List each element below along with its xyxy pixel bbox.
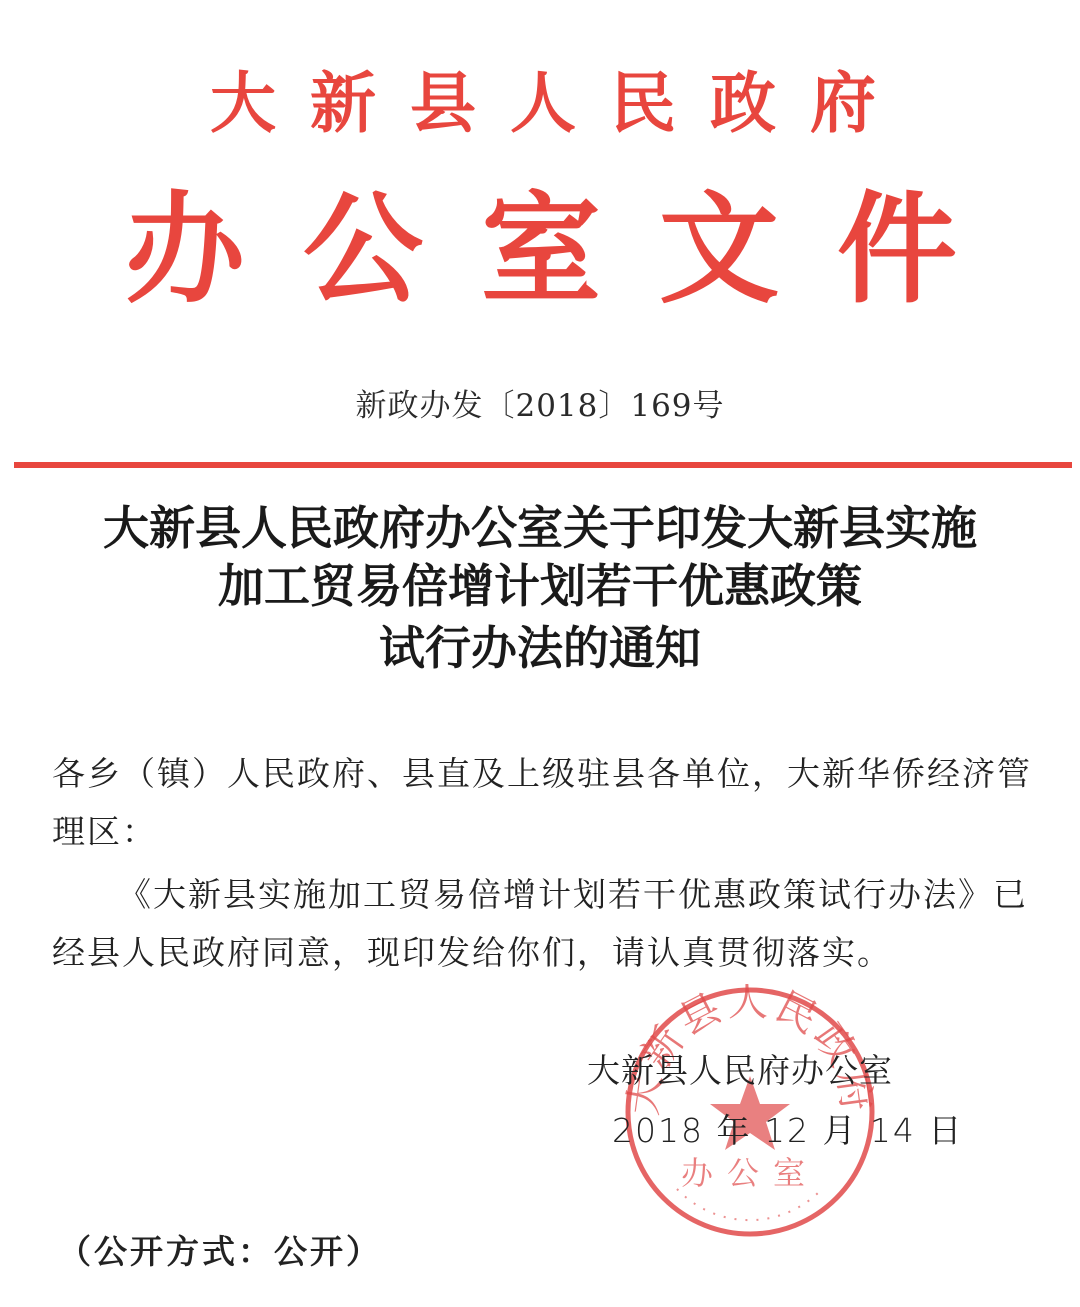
document-type-header: 办公室文件 xyxy=(0,180,1080,320)
addressees-line-2: 理区： xyxy=(52,803,157,861)
signing-organization: 大新县人民府办公室 xyxy=(587,1046,893,1096)
document-number: 新政办发〔2018〕169号 xyxy=(0,380,1080,425)
document-title-line-3: 试行办法的通知 xyxy=(0,618,1080,678)
body-paragraph-line-2: 经县人民政府同意，现印发给你们，请认真贯彻落实。 xyxy=(52,924,892,982)
addressees-line-1: 各乡（镇）人民政府、县直及上级驻县各单位，大新华侨经济管 xyxy=(52,745,1062,803)
red-divider-rule xyxy=(14,462,1072,468)
signing-date: 2018 年 12 月 14 日 xyxy=(612,1106,963,1156)
document-title-line-1: 大新县人民政府办公室关于印发大新县实施 xyxy=(0,498,1080,558)
stamp-bottom-text: 办公室 xyxy=(681,1154,819,1192)
disclosure-mode: （公开方式：公开） xyxy=(58,1226,382,1273)
body-paragraph-line-1: 《大新县实施加工贸易倍增计划若干优惠政策试行办法》已 xyxy=(118,866,1028,924)
document-title-line-2: 加工贸易倍增计划若干优惠政策 xyxy=(0,556,1080,616)
issuer-header: 大新县人民政府 xyxy=(0,50,1080,145)
